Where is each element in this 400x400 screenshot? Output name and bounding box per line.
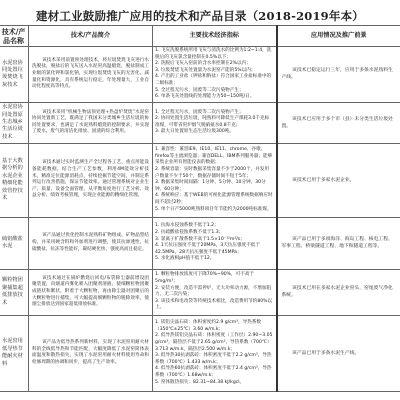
metric-item: 2. 系统容量：实时数据采集容量不少于2000个，并发用户数量不少于50个，数据… [155,167,274,180]
table-header-row: 技术/产品名称 技术/产品简介 主要技术经济指标 应用情况及推广前景 [0,26,400,47]
row-metrics: 1. 兼容性：兼容IE9、IE10、IE11、chrome、谷歌、firefox… [153,143,277,217]
metric-item: 4. 产出的工业盐（钾盐和钠盐）符合国家工业盐标准中的二级标准； [155,74,274,87]
row-intro: 该产品通过优化控制水泥熟料矿物组成、矿物晶型结构，并采用硬含料和外加剂进行调整，… [29,217,153,269]
metric-item: 1. 兼容性：兼容IE9、IE10、IE11、chrome、谷歌、firefox… [155,147,274,167]
row-name: 水泥窑协同处置垃圾焚烧飞灰技术 [0,47,29,103]
table-row: 水泥窑协同处置垃圾焚烧飞灰技术 该技术采用前置预处理技术，将垃圾焚烧飞灰进行水洗… [0,47,400,103]
row-application: 该技术已用在多家水泥企业窑头、窑尾废气净化系统。 [277,269,400,315]
metric-item: 1. 飞灰洗脱系统所用飞灰与清洗水的比例为1:2~1:4，洗脱后的飞灰氯含量控制… [155,48,274,61]
row-name: 水泥窑协同处置原生态城乡生活垃圾技术 [0,102,29,143]
row-name: 水泥窑用低导热节能耐火材料 [0,315,29,391]
metric-item: 4. 低导热60抗剥落砖：体积密度不低于2.4 g/cm³，导热系数（700℃）… [155,366,274,379]
row-metrics: 1. 镁铝尖晶石砖：体积密度约2.9 g/cm³，导热系数（350℃±25℃）3… [153,315,277,391]
row-intro: 该技术通过在锅炉燃烧后回电/布袋除尘器前增设团聚装置，向烟道内雾化喷入团聚剂溶液… [29,269,153,315]
catalog-table: 技术/产品名称 技术/产品简介 主要技术经济指标 应用情况及推广前景 水泥窑协同… [0,25,400,392]
metric-item: 2. 抗硫酸盐侵蚀系数不低于1.3； [155,230,274,237]
row-metrics: 1. 抗海水侵蚀系数不低于1.2； 2. 抗硫酸盐侵蚀系数不低于1.3； 3. … [153,217,277,269]
row-metrics: 1. 飞灰洗脱系统所用飞灰与清洗水的比例为1:2~1:4，洗脱后的飞灰氯含量控制… [153,47,277,103]
header-application: 应用情况及推广前景 [277,26,400,47]
row-intro: 该技术通过实时监测生产全过程各工艺、重点用能设备能耗数据，结合生产工艺参数，利用… [29,143,153,217]
metric-item: 6. 单条飞灰处置线的处理能力为50~150吨/日。 [155,94,274,101]
row-name: 基于大数据分析的水泥企业精细化能效管控技术 [0,143,29,217]
table-row: 硫铝酸盐水泥 该产品通过优化控制水泥熟料矿物组成、矿物晶型结构，并采用硬含料和外… [0,217,400,269]
metric-item: 2. 低导热镁铝尖晶石砖：体积密度（工作层）2.90~3.05 g/cm³，隔热… [155,333,274,353]
table-row: 水泥窑用低导热节能耐火材料 该产品为低导热系列新材料，实现了水泥窑用耐火材料的全… [0,315,400,391]
metric-item: 4. 1天抗压强度不低于20MPa，3天抗压强度不低于42.5MPa，28天抗压… [155,243,274,256]
metric-item: 2. 安装方便，改造不需停炉，无大功率动力源，不增加阻力，无二次污染； [155,286,274,299]
metric-item: 3. 该技术和电改袋等传统技术相比，改造费用节约80%以上。 [155,299,274,312]
header-metrics: 主要技术经济指标 [153,26,277,47]
row-intro: 该产品为低导热系列新材料，实现了水泥窑用耐火材料的全线低导热和节能匹配，大幅度降… [29,315,153,391]
metric-item: 5. 单个日产5000吨熟料项目年节能约为2000吨标准煤。 [155,207,274,214]
metric-item: 1. 镁铝尖晶石砖：体积密度约2.9 g/cm³，导热系数（350℃±25℃）3… [155,320,274,333]
metric-item: 1. 颗粒物排放浓度可下降70%~90%，可不高于5mg/m³； [155,272,274,285]
metric-item: 3. 低导热30抗剥落砖：体积密度不低于2.2 g/cm³，导热系数（700℃）… [155,353,274,366]
row-application: 该产品已用于多条水泥生产线。 [277,315,400,391]
metric-item: 5. 水化液相pH值不低于12。 [155,256,274,263]
metric-item: 4. 系统响应：基于WEB的可视化能源管理系统数据响应时间不超过2秒； [155,193,274,206]
document-title: 建材工业鼓励推广应用的技术和产品目录（2018-2019年本） [0,8,400,24]
row-metrics: 1. 颗粒物排放浓度可下降70%~90%，可不高于5mg/m³； 2. 安装方便… [153,269,277,315]
row-application: 该产品已用于多项海洋、海岛工程、核电工程、军事工程、桥梁隧道工程、地下和隧道工程… [277,217,400,269]
metric-item: 3. 数据采集时间间隔：1分钟、5分钟、10分钟、30分钟、60分钟； [155,180,274,193]
table-row: 水泥窑协同处置原生态城乡生活垃圾技术 该技术采用“机械生物法预处理+热盘炉焚烧”… [0,102,400,143]
row-name: 颗粒物团聚捕集超低排放技术 [0,269,29,315]
header-name: 技术/产品名称 [0,26,29,47]
metric-item: 5. 窑体散热损失：82.31~84.38 kJ/kgcl。 [155,380,274,387]
metric-item: 3. 最大日处置原生态生活垃圾300吨。 [155,129,274,136]
row-application: 该技术已稳定运行三年，应用于多条水泥熟料生产线。 [277,47,400,103]
row-intro: 该技术采用前置预处理技术，将垃圾焚烧飞灰进行水洗脱盐，脱盐后的飞灰送入水泥窑高温… [29,47,153,103]
metric-item: 2. 协同处置生活垃圾，吨熟料可降低生产煤耗3.0千克标准煤，可带省窑炉烟气脱硝… [155,116,274,129]
row-metrics: 1. 全过程无污水，固废等二次污染物产生； 2. 协同处置生活垃圾，吨熟料可降低… [153,102,277,143]
table-row: 颗粒物团聚捕集超低排放技术 该技术通过在锅炉燃烧后回电/布袋除尘器前增设团聚装置… [0,269,400,315]
metric-item: 2. 洗脱后飞灰入窑前的含水率控制在2%以内； [155,61,274,68]
row-application: 该技术已应用于多个市（县）未分类生活垃圾处置。 [277,102,400,143]
table-row: 基于大数据分析的水泥企业精细化能效管控技术 该技术通过实时监测生产全过程各工艺、… [0,143,400,217]
row-name: 硫铝酸盐水泥 [0,217,29,269]
header-intro: 技术/产品简介 [29,26,153,47]
row-intro: 该技术采用“机械生物法预处理+热盘炉焚烧”水泥窑协同处置新工艺，既满足了我国未分… [29,102,153,143]
row-application: 该技术已用于多家水泥企业。 [277,143,400,217]
